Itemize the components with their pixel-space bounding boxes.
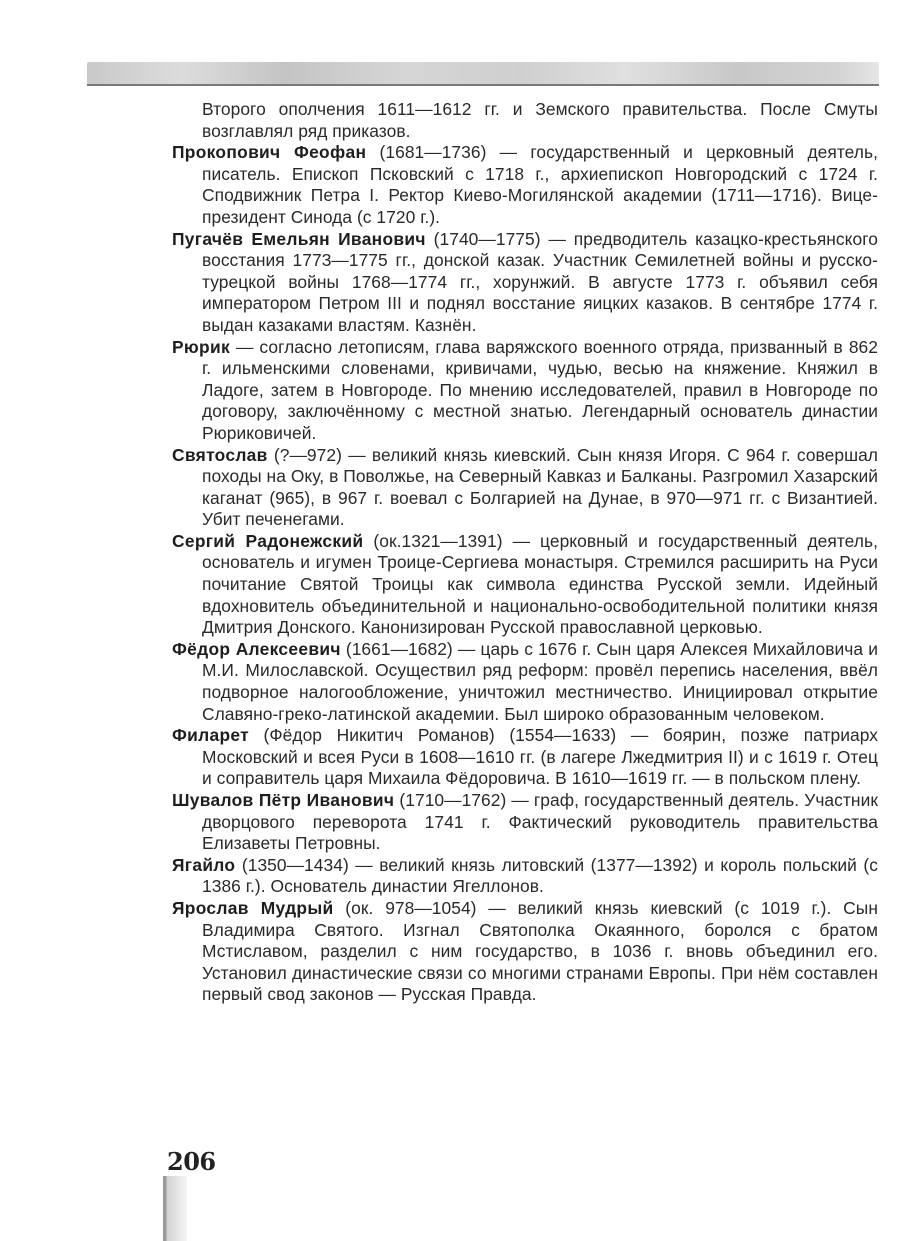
glossary-list: Второго ополчения 1611—1612 гг. и Земско…	[172, 99, 878, 1006]
entry-text: — согласно летописям, глава варяжского в…	[202, 337, 878, 443]
entry-term: Святослав	[172, 445, 268, 465]
entry-term: Ярослав Мудрый	[172, 898, 333, 918]
entry-term: Фёдор Алексеевич	[172, 639, 341, 659]
glossary-entry-yaroslav: Ярослав Мудрый (ок. 978—1054) — великий …	[172, 898, 878, 1006]
entry-term: Филарет	[172, 725, 249, 745]
page-header-rule	[87, 84, 879, 86]
entry-text: (1350—1434) — великий князь литовский (1…	[202, 855, 878, 897]
entry-term: Прокопович Феофан	[172, 142, 366, 162]
entry-term: Рюрик	[172, 337, 230, 357]
glossary-entry-fedor: Фёдор Алексеевич (1661—1682) — царь с 16…	[172, 639, 878, 725]
page-number: 206	[167, 1147, 216, 1176]
entry-text: (?—972) — великий князь киевский. Сын кн…	[202, 445, 878, 530]
glossary-entry-filaret: Филарет (Фёдор Никитич Романов) (1554—16…	[172, 725, 878, 790]
entry-term: Ягайло	[172, 855, 235, 875]
glossary-entry-sergiy: Сергий Радонежский (ок.1321—1391) — церк…	[172, 531, 878, 639]
glossary-entry-pugachev: Пугачёв Емельян Иванович (1740—1775) — п…	[172, 229, 878, 337]
glossary-entry-ryurik: Рюрик — согласно летописям, глава варяжс…	[172, 337, 878, 445]
glossary-entry-prokopovich: Прокопович Феофан (1681—1736) — государс…	[172, 142, 878, 228]
page-edge-bar	[163, 1176, 187, 1241]
glossary-entry-yagailo: Ягайло (1350—1434) — великий князь литов…	[172, 855, 878, 898]
entry-text: (Фёдор Никитич Романов) (1554—1633) — бо…	[202, 725, 878, 788]
glossary-entry-continuation: Второго ополчения 1611—1612 гг. и Земско…	[172, 99, 878, 142]
entry-term: Шувалов Пётр Иванович	[172, 790, 394, 810]
entry-term: Пугачёв Емельян Иванович	[172, 229, 426, 249]
glossary-entry-svyatoslav: Святослав (?—972) — великий князь киевск…	[172, 445, 878, 531]
entry-term: Сергий Радонежский	[172, 531, 363, 551]
page-header-band	[87, 62, 879, 84]
entry-text: Второго ополчения 1611—1612 гг. и Земско…	[202, 99, 878, 141]
glossary-entry-shuvalov: Шувалов Пётр Иванович (1710—1762) — граф…	[172, 790, 878, 855]
